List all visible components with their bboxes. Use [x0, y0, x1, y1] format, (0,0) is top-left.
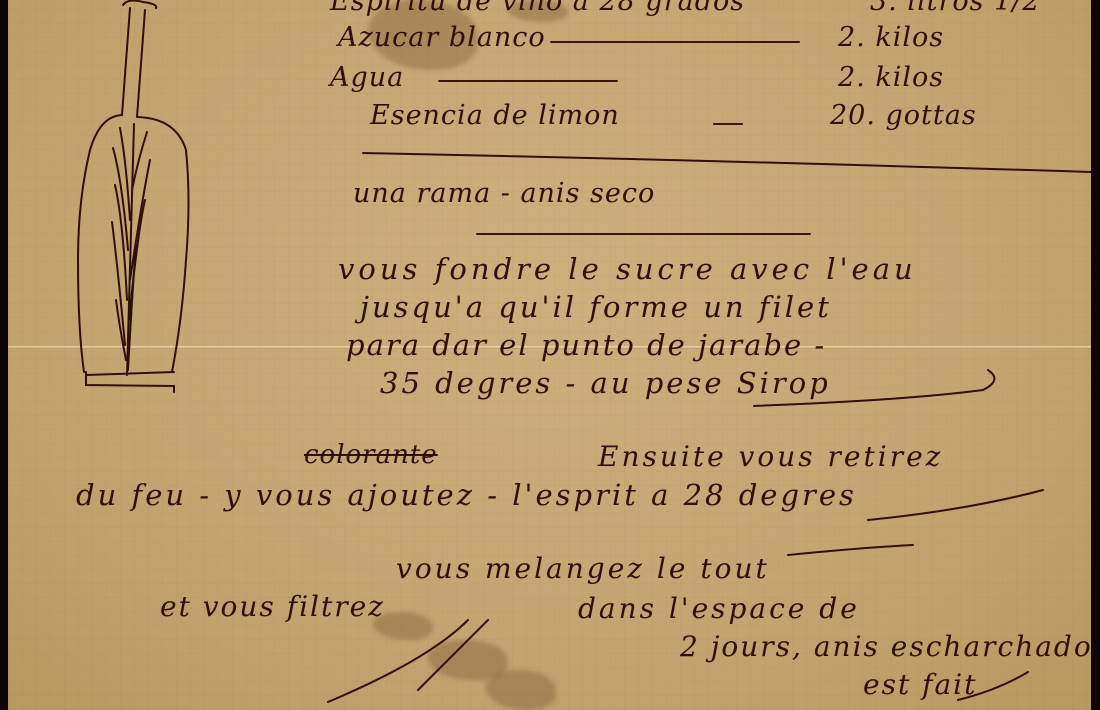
ingredient-name: Agua — [330, 62, 404, 93]
ingredient-quantity: 3. litros 1/2 — [870, 0, 1041, 17]
instruction-line: vous melangez le tout — [396, 552, 770, 585]
leader-line — [550, 41, 800, 43]
ingredient-quantity: 2. kilos — [838, 62, 944, 93]
instruction-line: vous fondre le sucre avec l'eau — [338, 252, 917, 286]
recipe-note: una rama - anis seco — [353, 178, 655, 209]
struck-word: colorante — [304, 440, 438, 470]
instruction-line: jusqu'a qu'il forme un filet — [360, 290, 832, 324]
manuscript-page: Espiritu de vino a 28 grados 3. litros 1… — [8, 0, 1091, 710]
leader-line — [713, 123, 743, 125]
instruction-line: est fait — [863, 668, 977, 701]
instruction-line: para dar el punto de jarabe - — [346, 328, 826, 362]
instruction-line: du feu - y vous ajoutez - l'esprit a 28 … — [76, 478, 857, 512]
ingredient-name: Espiritu de vino a 28 grados — [330, 0, 745, 17]
leader-line — [438, 80, 618, 82]
ingredient-quantity: 2. kilos — [838, 22, 944, 53]
instruction-line: 2 jours, anis escharchado — [680, 630, 1091, 663]
instruction-line: Ensuite vous retirez — [598, 440, 943, 473]
ingredient-name: Esencia de limon — [370, 100, 620, 131]
instruction-line: 35 degres - au pese Sirop — [380, 366, 831, 400]
ingredient-name: Azucar blanco — [338, 22, 546, 53]
section-divider — [476, 233, 811, 235]
instruction-line: dans l'espace de — [578, 592, 860, 625]
instruction-line: et vous filtrez — [160, 590, 385, 623]
ingredient-quantity: 20. gottas — [830, 100, 977, 131]
